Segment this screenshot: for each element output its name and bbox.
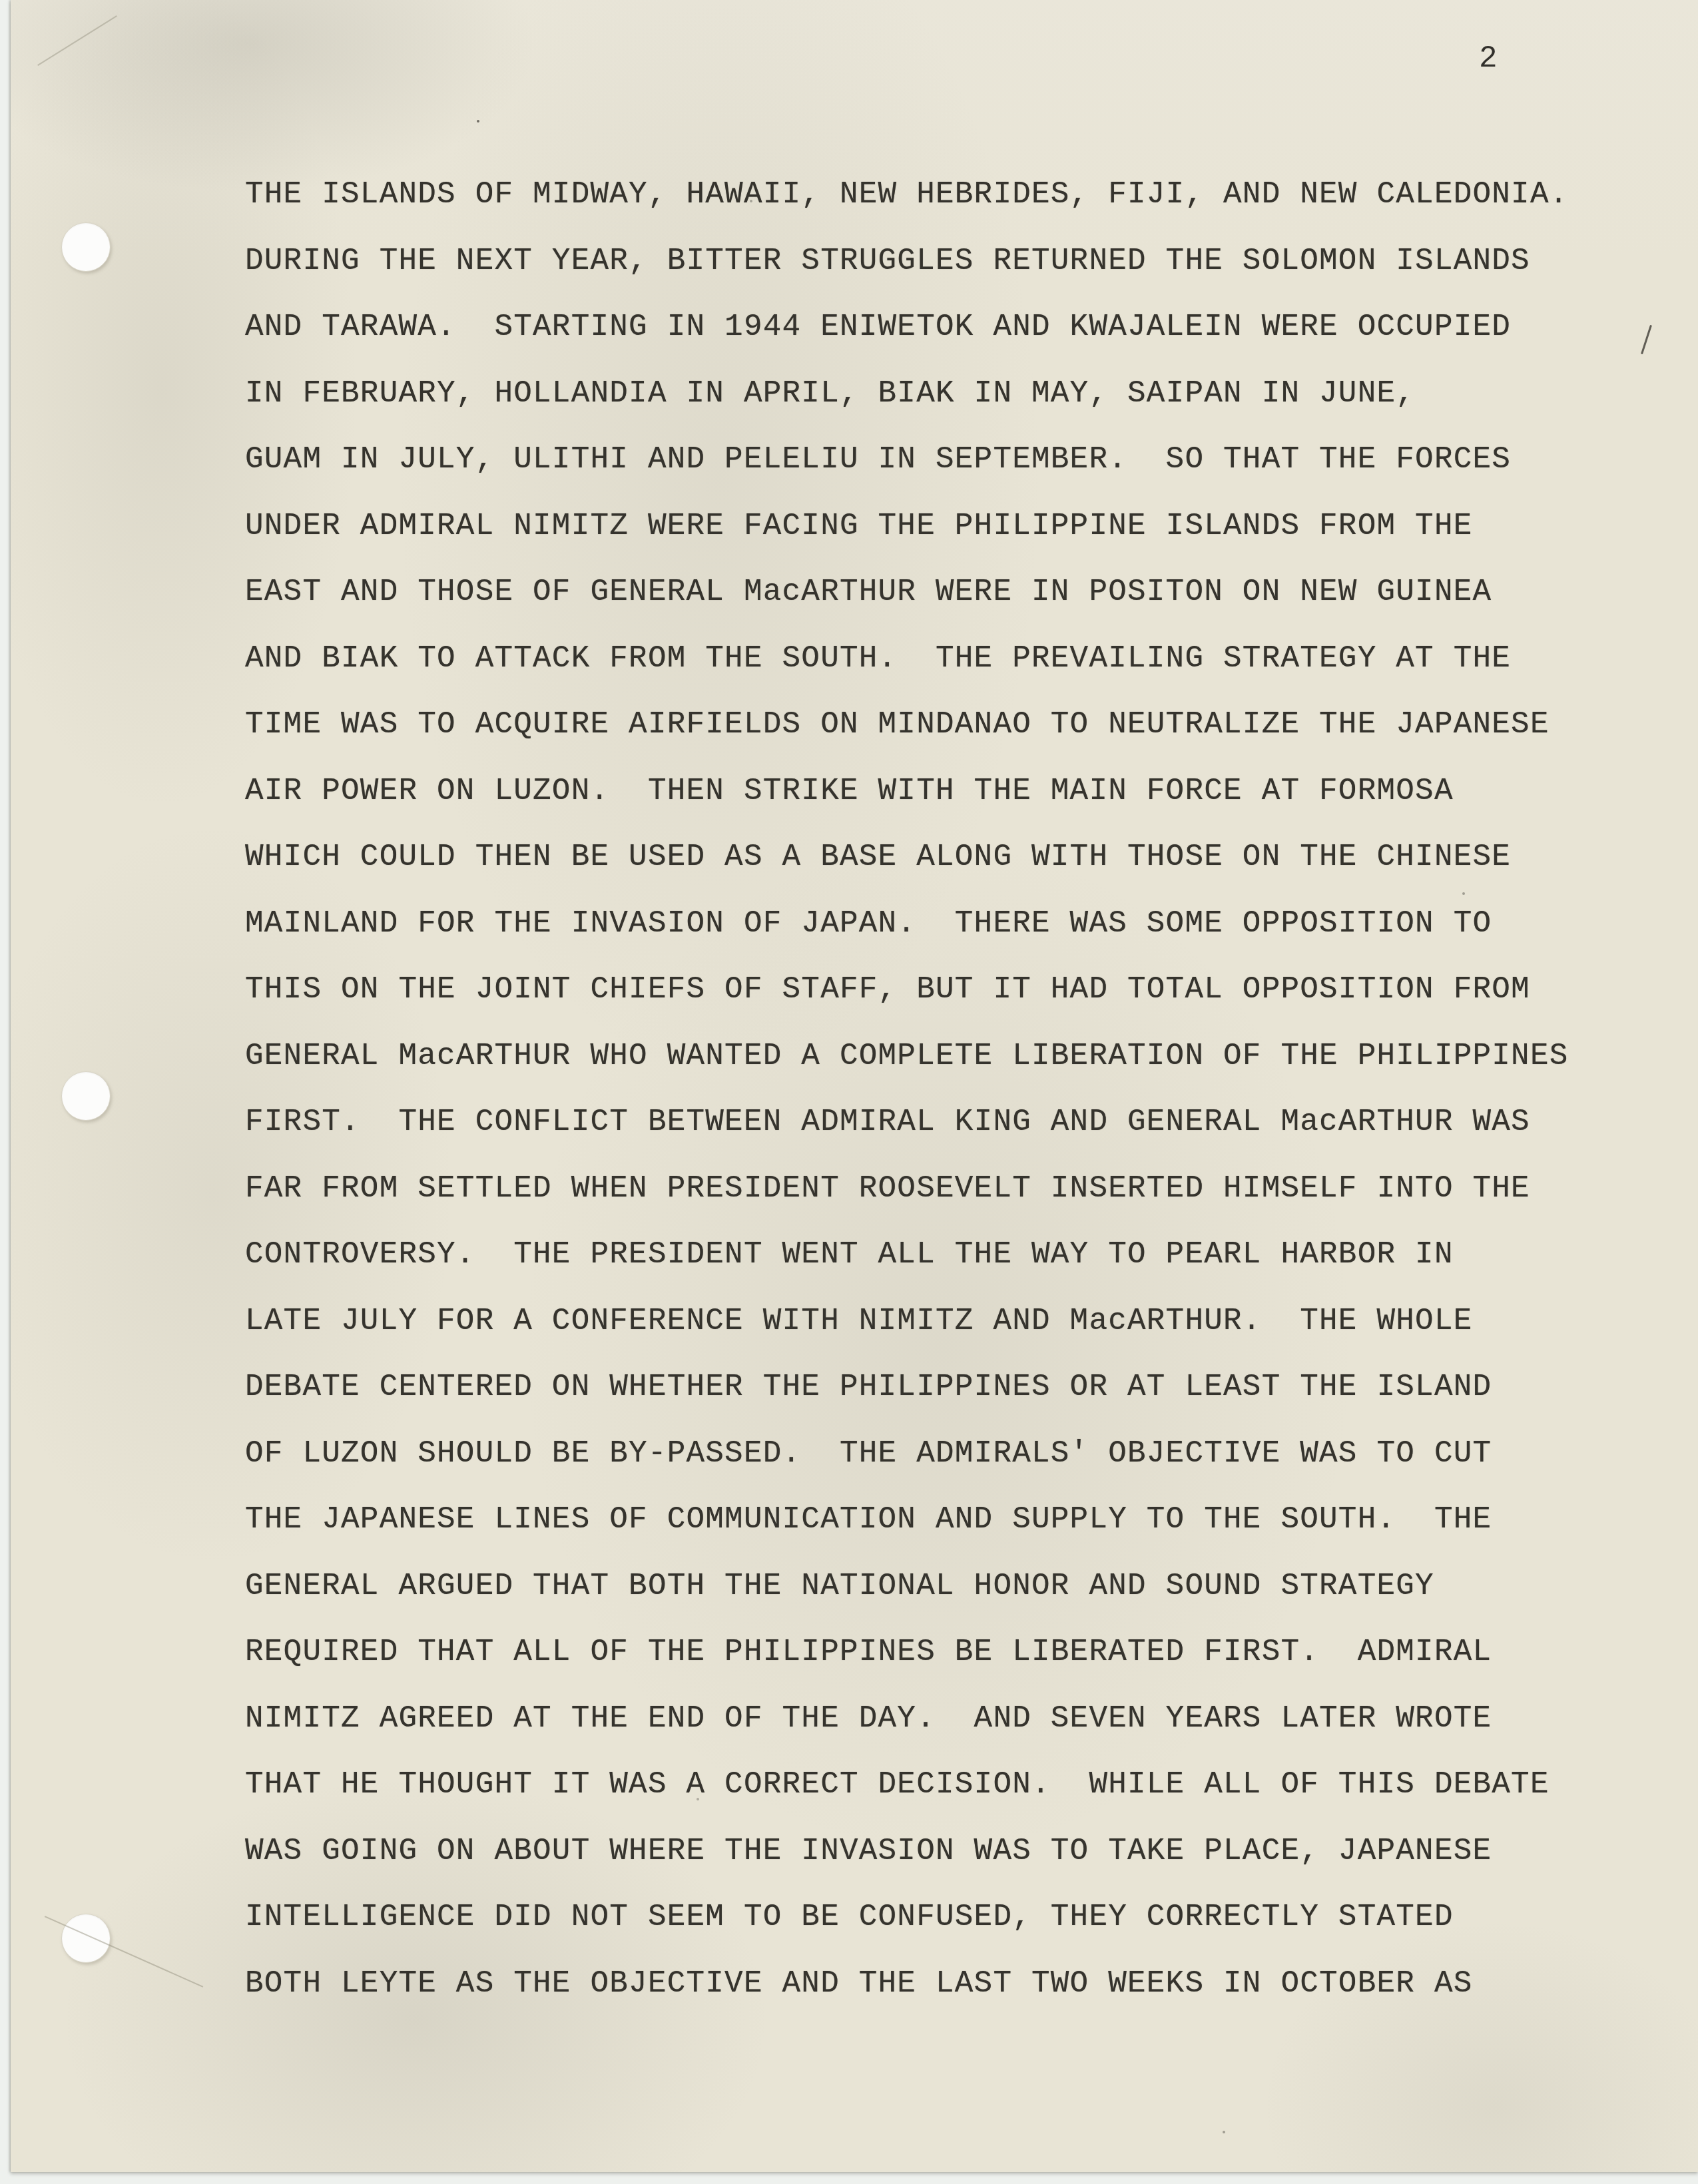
text-line: GUAM IN JULY, ULITHI AND PELELIU IN SEPT…	[245, 427, 1610, 493]
text-line: TIME WAS TO ACQUIRE AIRFIELDS ON MINDANA…	[245, 692, 1610, 758]
text-line: THAT HE THOUGHT IT WAS A CORRECT DECISIO…	[245, 1752, 1610, 1818]
text-line: BOTH LEYTE AS THE OBJECTIVE AND THE LAST…	[245, 1951, 1610, 2018]
text-line: THE JAPANESE LINES OF COMMUNICATION AND …	[245, 1487, 1610, 1553]
text-line: EAST AND THOSE OF GENERAL MacARTHUR WERE…	[245, 559, 1610, 626]
text-line: IN FEBRUARY, HOLLANDIA IN APRIL, BIAK IN…	[245, 361, 1610, 427]
text-line: GENERAL MacARTHUR WHO WANTED A COMPLETE …	[245, 1023, 1610, 1090]
document-page: 2 THE ISLANDS OF MIDWAY, HAWAII, NEW HEB…	[11, 0, 1698, 2172]
text-line: LATE JULY FOR A CONFERENCE WITH NIMITZ A…	[245, 1288, 1610, 1355]
crease-mark	[37, 15, 117, 66]
document-body: THE ISLANDS OF MIDWAY, HAWAII, NEW HEBRI…	[245, 162, 1610, 2017]
text-line: MAINLAND FOR THE INVASION OF JAPAN. THER…	[245, 891, 1610, 957]
text-line: FAR FROM SETTLED WHEN PRESIDENT ROOSEVEL…	[245, 1156, 1610, 1223]
punch-hole	[61, 1914, 111, 1963]
text-line: CONTROVERSY. THE PRESIDENT WENT ALL THE …	[245, 1222, 1610, 1288]
text-line: REQUIRED THAT ALL OF THE PHILIPPINES BE …	[245, 1619, 1610, 1686]
text-line: AND TARAWA. STARTING IN 1944 ENIWETOK AN…	[245, 294, 1610, 361]
text-line: OF LUZON SHOULD BE BY-PASSED. THE ADMIRA…	[245, 1421, 1610, 1488]
text-line: THE ISLANDS OF MIDWAY, HAWAII, NEW HEBRI…	[245, 162, 1610, 228]
text-line: DURING THE NEXT YEAR, BITTER STRUGGLES R…	[245, 228, 1610, 295]
text-line: INTELLIGENCE DID NOT SEEM TO BE CONFUSED…	[245, 1884, 1610, 1951]
punch-hole	[61, 1071, 111, 1121]
text-line: WAS GOING ON ABOUT WHERE THE INVASION WA…	[245, 1818, 1610, 1885]
text-line: AND BIAK TO ATTACK FROM THE SOUTH. THE P…	[245, 626, 1610, 692]
scan-background: { "page": { "number": "2" }, "document":…	[0, 0, 1698, 2184]
page-number: 2	[1479, 39, 1498, 79]
text-line: WHICH COULD THEN BE USED AS A BASE ALONG…	[245, 824, 1610, 891]
text-line: THIS ON THE JOINT CHIEFS OF STAFF, BUT I…	[245, 957, 1610, 1023]
text-line: GENERAL ARGUED THAT BOTH THE NATIONAL HO…	[245, 1553, 1610, 1620]
text-line: AIR POWER ON LUZON. THEN STRIKE WITH THE…	[245, 758, 1610, 825]
text-line: NIMITZ AGREED AT THE END OF THE DAY. AND…	[245, 1686, 1610, 1753]
text-line: DEBATE CENTERED ON WHETHER THE PHILIPPIN…	[245, 1354, 1610, 1421]
text-line: UNDER ADMIRAL NIMITZ WERE FACING THE PHI…	[245, 493, 1610, 560]
scan-speck	[477, 120, 479, 123]
text-line: FIRST. THE CONFLICT BETWEEN ADMIRAL KING…	[245, 1089, 1610, 1156]
stray-mark	[1641, 325, 1652, 355]
punch-hole	[61, 222, 111, 272]
